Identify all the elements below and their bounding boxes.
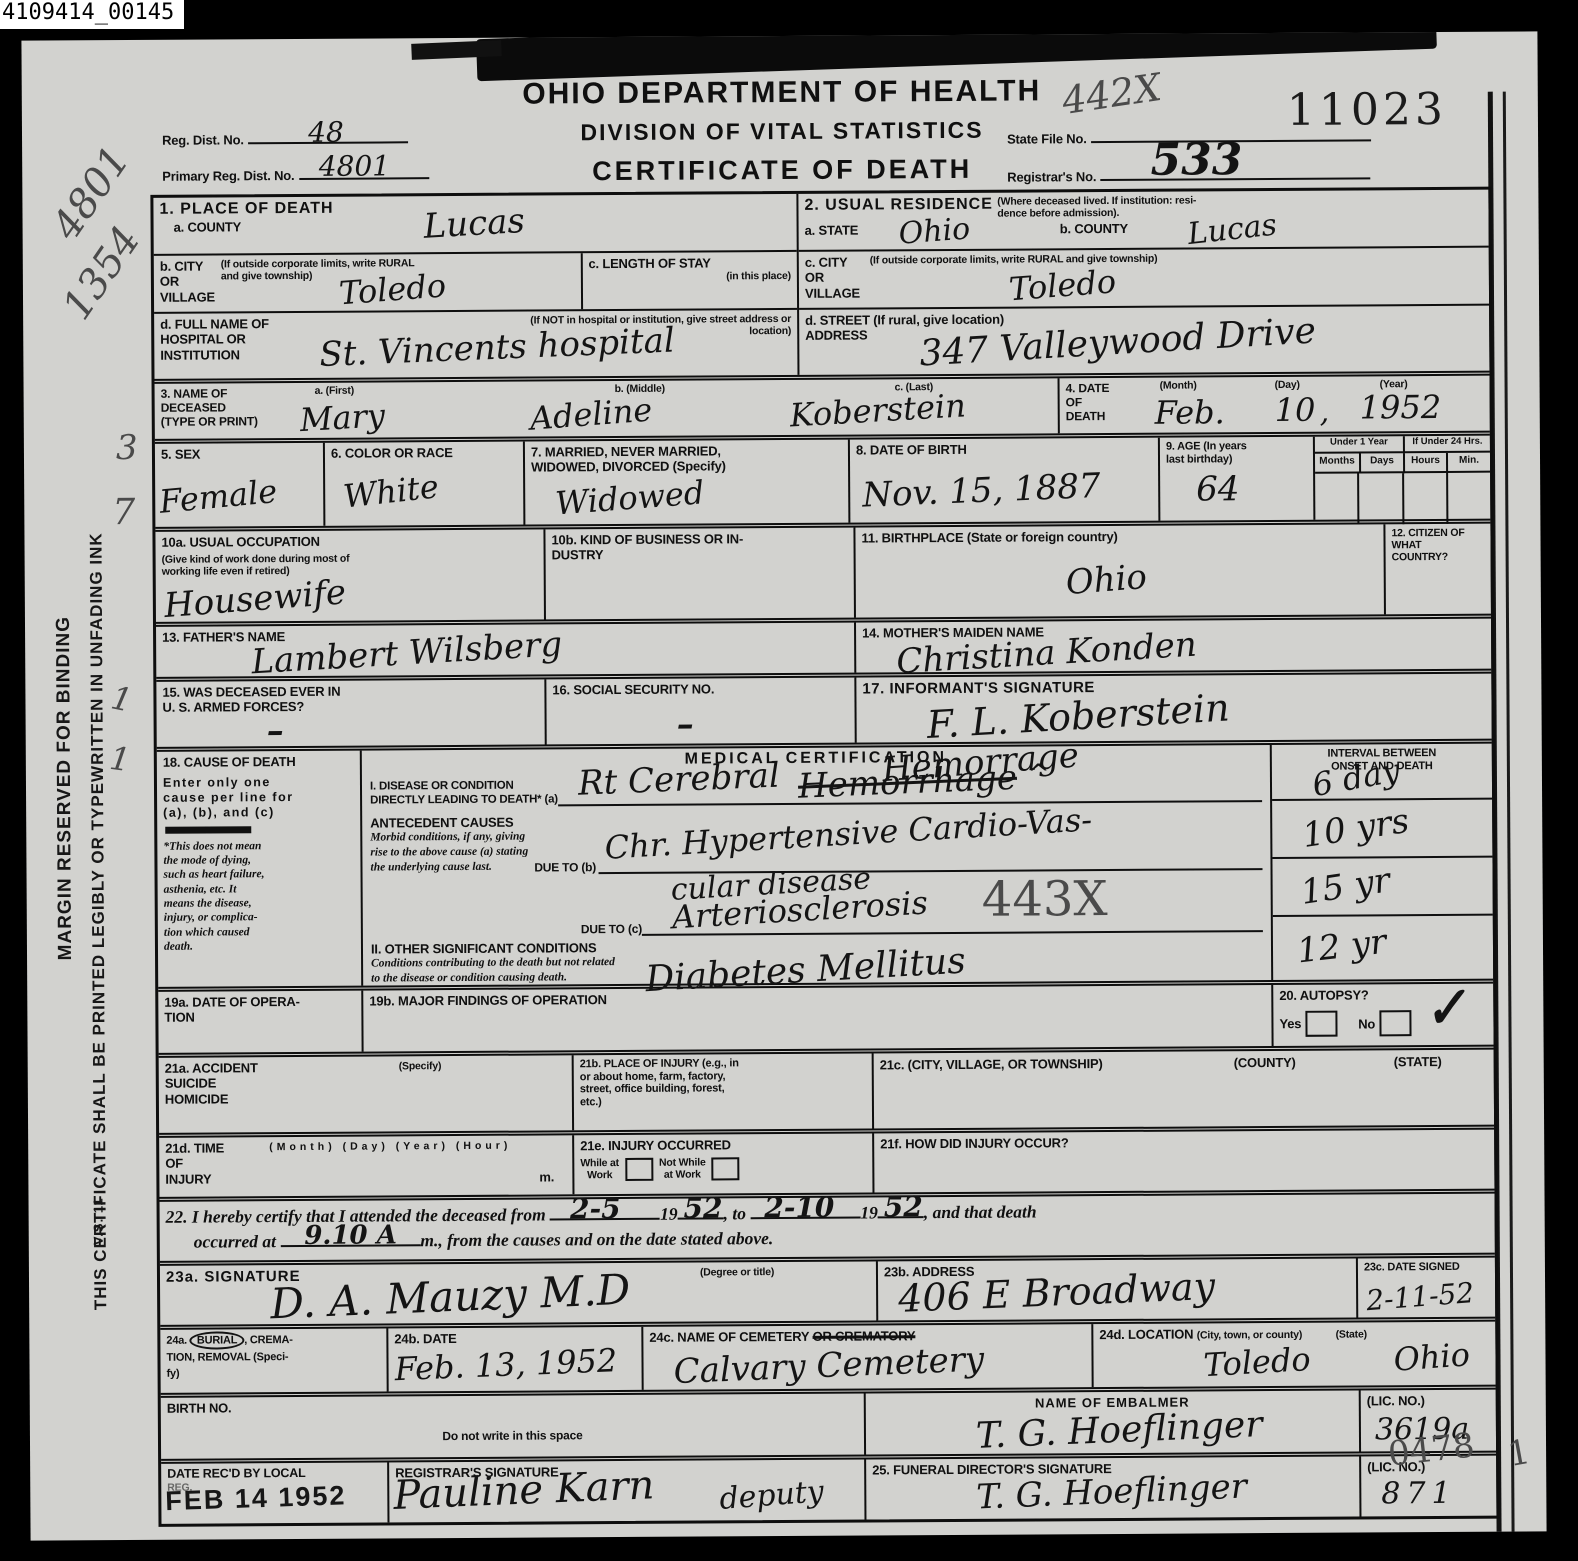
date-received-label: DATE REC'D BY LOCAL [167,1465,381,1481]
registrar-no-field: Registrar's No. 533 [1007,166,1427,187]
ssn-cell: 16. SOCIAL SECURITY NO. – [546,678,856,745]
physician-signature-value: D. A. Mauzy M.D [269,1265,631,1329]
marital-status-value: Widowed [554,473,706,522]
cause-a-value-pre: Rt Cerebral [577,755,780,803]
under-24-hrs-header: If Under 24 Hrs. [1403,436,1490,454]
burial-location-state-note: (State) [1336,1328,1367,1340]
birthplace-value: Ohio [1064,557,1148,603]
residence-city-value: Toledo [1008,262,1118,308]
interval-c-value: 15 yr [1298,861,1392,914]
length-of-stay-note: (in this place) [589,270,791,283]
embalmer-label: NAME OF EMBALMER [872,1394,1353,1412]
dept-title: OHIO DEPARTMENT OF HEALTH [442,74,1122,112]
margin-pencil-mark-4: 1 [107,739,132,779]
occupation-value: Housewife [163,572,348,626]
burial-city-value: Toledo [1203,1340,1312,1384]
received-date-stamp: FEB 14 1952 [165,1480,347,1517]
county-value: Lucas [422,201,525,247]
certify-time-value: 9.10 A [304,1220,397,1251]
burial-circled-word: BURIAL [190,1331,244,1349]
date-of-birth-value: Nov. 15, 1887 [861,466,1101,516]
autopsy-no-checkmark: ✓ [1419,975,1471,1042]
interval-d-value: 12 yr [1295,922,1388,972]
occupation-note: (Give kind of work done during most of w… [162,552,538,578]
burial-num: 24a. [166,1335,187,1347]
certify-to-year: 52 [884,1190,923,1223]
registrar-deputy-note: deputy [718,1474,825,1517]
certify-part4: occurred at [194,1231,276,1252]
under-1-year-header: Under 1 Year [1315,436,1403,454]
ssn-value: – [677,705,694,745]
time-of-injury-cols: (Month) (Day) (Year) (Hour) [269,1140,511,1154]
interval-b-value: 10 yrs [1300,801,1412,856]
death-day-label: (Day) [1275,379,1300,391]
length-of-stay-label: c. LENGTH OF STAY [588,255,790,272]
residence-county-value: Lucas [1186,208,1279,253]
date-of-operation-label: 19a. DATE OF OPERA- TION [164,994,355,1026]
city-of-death-label: b. CITY OR VILLAGE [160,258,215,304]
middle-name-value: Adeline [528,391,653,438]
degree-or-title-note: (Degree or title) [700,1266,774,1279]
section-place-of-death: 1. PLACE OF DEATH a. COUNTY Lucas b. CIT… [153,194,799,379]
armed-forces-label: 15. WAS DECEASED EVER IN U. S. ARMED FOR… [162,682,538,715]
birthplace-cell: 11. BIRTHPLACE (State or foreign country… [855,524,1386,617]
death-comma: , [1320,395,1330,430]
operation-findings-label: 19b. MAJOR FINDINGS OF OPERATION [369,988,1265,1009]
pencil-code-443x: 443X [982,871,1108,928]
funeral-director-lic-value: 871 [1381,1476,1456,1511]
usual-residence-note: (Where deceased lived. If institution: r… [997,194,1196,219]
date-of-death-cell: 4. DATE OF DEATH (Month) (Day) (Year) Fe… [1060,376,1490,434]
autopsy-cell: 20. AUTOPSY? Yes No ✓ [1273,984,1493,1046]
burial-rest1: , CREMA- [244,1334,293,1346]
injury-occurred-cell: 21e. INJURY OCCURRED While at Work Not W… [574,1133,874,1194]
father-name-cell: 13. FATHER'S NAME Lambert Wilsberg [156,623,856,677]
hours-col-header: Hours [1403,453,1446,473]
physician-signature-cell: 23a. SIGNATURE (Degree or title) D. A. M… [160,1261,878,1324]
how-injury-occurred-label: 21f. HOW DID INJURY OCCUR? [880,1133,1488,1152]
cause-note-two: *This does not mean the mode of dying, s… [163,838,355,954]
date-signed-label: 23c. DATE SIGNED [1364,1261,1489,1274]
hospital-cell: d. FULL NAME OF HOSPITAL OR INSTITUTION … [154,310,797,380]
reg-dist-field: Reg. Dist. No. 48 [162,130,442,150]
first-name-label: a. (First) [315,385,354,397]
injury-city-label: 21c. (CITY, VILLAGE, OR TOWNSHIP) [880,1056,1103,1072]
primary-reg-dist-label: Primary Reg. Dist. No. [162,168,294,184]
death-day-value: 10 [1275,391,1316,429]
date-of-birth-cell: 8. DATE OF BIRTH Nov. 15, 1887 [850,438,1161,523]
place-of-death-title: 1. PLACE OF DEATH [159,200,333,218]
race-value: White [341,467,440,515]
age-value: 64 [1196,469,1240,509]
margin-pencil-mark-3: 1 [108,678,136,719]
do-not-write-note: Do not write in this space [167,1428,858,1446]
accident-suicide-homicide-label: 21a. ACCIDENT SUICIDE HOMICIDE [165,1058,566,1106]
place-of-injury-label: 21b. PLACE OF INJURY (e.g., in or about … [580,1057,866,1109]
city-of-death-value: Toledo [338,266,448,312]
armed-forces-value: – [267,711,284,751]
race-label: 6. COLOR OR RACE [331,445,517,461]
citizen-label: 12. CITIZEN OF WHAT COUNTRY? [1391,527,1484,564]
residence-state-label: a. STATE [805,223,859,250]
reg-dist-value: 48 [308,116,344,149]
registrar-signature-value: Pauline Karn [392,1462,655,1519]
certify-y1pre: 19 [660,1204,678,1224]
cemetery-struck-label: OR CREMATORY [813,1328,916,1344]
ssn-label: 16. SOCIAL SECURITY NO. [552,681,848,698]
first-name-value: Mary [299,396,386,439]
marital-status-cell: 7. MARRIED, NEVER MARRIED, WIDOWED, DIVO… [525,440,851,525]
place-of-death-county-cell: 1. PLACE OF DEATH a. COUNTY Lucas [153,194,796,254]
burial-date-value: Feb. 13, 1952 [394,1341,618,1388]
primary-reg-dist-field: Primary Reg. Dist. No. 4801 [162,166,482,186]
hospital-label: d. FULL NAME OF HOSPITAL OR INSTITUTION [160,316,269,363]
burial-location-label: 24d. LOCATION [1099,1327,1193,1343]
registrar-no-label: Registrar's No. [1007,169,1096,185]
burial-location-cell: 24d. LOCATION (City, town, or county) (S… [1093,1322,1495,1387]
interval-cell: INTERVAL BETWEEN ONSET AND DEATH 6 day 1… [1272,744,1493,980]
autopsy-yes-checkbox [1306,1011,1338,1037]
injury-county-label: (COUNTY) [1234,1055,1296,1071]
margin-pencil-mark-2: 7 [112,492,135,533]
birth-no-label: BIRTH NO. [167,1397,858,1417]
cemetery-label: 24c. NAME OF CEMETERY [649,1329,809,1345]
medical-certification-cell: MEDICAL CERTIFICATION Hemorrage I. DISEA… [362,745,1273,986]
citizen-cell: 12. CITIZEN OF WHAT COUNTRY? [1385,524,1491,615]
burial-state-value: Ohio [1392,1335,1471,1379]
injury-state-label: (STATE) [1394,1054,1442,1070]
due-to-c-label: DUE TO (c) [581,922,642,937]
how-injury-occurred-cell: 21f. HOW DID INJURY OCCUR? [874,1130,1494,1193]
birthplace-label: 11. BIRTHPLACE (State or foreign country… [861,527,1377,545]
margin-form-number: V.S. 11 [90,1135,106,1245]
death-year-value: 1952 [1360,388,1442,426]
scan-ink-band [476,31,1437,81]
certificate-paper: MARGIN RESERVED FOR BINDING THIS CERTIFI… [21,31,1546,1540]
certify-from-date: 2-5 [570,1192,621,1225]
burial-date-cell: 24b. DATE Feb. 13, 1952 [388,1327,643,1392]
business-kind-label: 10b. KIND OF BUSINESS OR IN- DUSTRY [551,531,847,563]
place-of-injury-cell: 21b. PLACE OF INJURY (e.g., in or about … [574,1053,874,1130]
certificate-form: 1. PLACE OF DEATH a. COUNTY Lucas b. CIT… [150,187,1499,1527]
armed-forces-cell: 15. WAS DECEASED EVER IN U. S. ARMED FOR… [156,679,546,746]
race-cell: 6. COLOR OR RACE White [325,442,526,526]
margin-pencil-mark-1: 3 [116,428,138,468]
cause-of-death-title: 18. CAUSE OF DEATH [163,754,354,770]
death-month-label: (Month) [1160,379,1197,391]
city-of-death-cell: b. CITY OR VILLAGE (If outside corporate… [154,253,583,312]
certify-y2pre: 19 [860,1202,878,1222]
operation-findings-cell: 19b. MAJOR FINDINGS OF OPERATION [363,985,1273,1052]
business-kind-cell: 10b. KIND OF BUSINESS OR IN- DUSTRY [545,528,856,620]
other-significant-note: Conditions contributing to the death but… [371,955,615,993]
section-usual-residence: 2. USUAL RESIDENCE (Where deceased lived… [798,190,1489,375]
cause-note-rule [165,826,251,834]
marital-status-label: 7. MARRIED, NEVER MARRIED, WIDOWED, DIVO… [531,443,842,476]
length-of-stay-cell: c. LENGTH OF STAY (in this place) [582,252,797,309]
residence-state-value: Ohio [897,212,971,252]
embalmer-signature: T. G. Hoeflinger [975,1404,1263,1457]
scanned-death-certificate: { "colors":{"paper":"#d2d2cf","ink":"#12… [0,0,1578,1561]
date-of-operation-cell: 19a. DATE OF OPERA- TION [158,991,363,1053]
residence-city-cell: c. CITY OR VILLAGE (If outside corporate… [799,248,1489,308]
cemetery-cell: 24c. NAME OF CEMETERY OR CREMATORY Calva… [643,1324,1093,1390]
accident-suicide-homicide-cell: 21a. ACCIDENT SUICIDE HOMICIDE (Specify) [159,1055,574,1133]
embalmer-cell: NAME OF EMBALMER T. G. Hoeflinger [866,1390,1361,1454]
age-under-one-grid: Under 1 Year If Under 24 Hrs. Months Day… [1315,436,1491,520]
funeral-director-cell: 25. FUNERAL DIRECTOR'S SIGNATURE T. G. H… [866,1456,1361,1519]
age-label: 9. AGE (In years last birthday) [1166,440,1307,466]
residence-city-label: c. CITY OR VILLAGE [805,255,860,301]
autopsy-no-label: No [1358,1016,1375,1031]
months-col-header: Months [1315,453,1359,473]
state-file-label: State File No. [1007,131,1087,146]
residence-street-cell: d. STREET (If rural, give location) ADDR… [799,306,1489,376]
autopsy-no-checkbox [1380,1010,1412,1036]
mother-name-cell: 14. MOTHER'S MAIDEN NAME Christina Konde… [856,619,1491,673]
date-signed-value: 2-11-52 [1365,1276,1475,1317]
margin-binding-text: MARGIN RESERVED FOR BINDING [52,400,77,960]
birth-no-cell: BIRTH NO. Do not write in this space [161,1394,866,1459]
not-while-at-work-label: Not While at Work [659,1157,706,1181]
registrar-no-value: 533 [1150,134,1242,186]
while-at-work-label: While at Work [580,1157,619,1181]
certify-part5: m., from the causes and on the date stat… [420,1228,773,1250]
not-while-at-work-checkbox [712,1157,740,1180]
certify-part2: , to [724,1203,746,1223]
date-received-cell: DATE REC'D BY LOCAL REG. FEB 14 1952 [161,1462,389,1523]
death-month-value: Feb. [1155,393,1225,431]
due-to-b-value-line1: Chr. Hypertensive Cardio-Vas- [603,800,1092,866]
age-cell: 9. AGE (In years last birthday) 64 [1160,437,1316,521]
certify-statement-cell: 22. I hereby certify that I attended the… [160,1194,1495,1261]
cause-a-caret: ^ [1028,759,1050,789]
sex-label: 5. SEX [161,446,317,462]
occupation-cell: 10a. USUAL OCCUPATION (Give kind of work… [155,529,546,621]
name-of-deceased-cell: 3. NAME OF DECEASED (TYPE OR PRINT) a. (… [155,378,1060,439]
time-of-injury-m: m. [539,1169,554,1184]
morbid-note: Morbid conditions, if any, giving rise t… [370,830,528,876]
days-col-header: Days [1359,453,1403,473]
cause-note-one: Enter only one cause per line for (a), (… [163,775,354,820]
certify-from-year: 52 [683,1191,722,1224]
autopsy-yes-label: Yes [1279,1016,1301,1031]
reg-dist-label: Reg. Dist. No. [162,132,244,147]
cemetery-value: Calvary Cemetery [673,1339,985,1392]
injury-occurred-label: 21e. INJURY OCCURRED [580,1137,866,1154]
burial-rest2: TION, REMOVAL (Speci- [166,1348,380,1366]
specify-note: (Specify) [399,1060,442,1072]
burial-rest3: fy) [167,1364,381,1382]
certify-part3: , and that death [924,1201,1037,1222]
burial-cremation-cell: 24a. BURIAL, CREMA- TION, REMOVAL (Speci… [160,1328,388,1392]
min-col-header: Min. [1446,453,1490,473]
registrar-signature-cell: REGISTRAR'S SIGNATURE Pauline Karn deput… [389,1460,866,1523]
scan-id-label: 4109414_00145 [0,0,184,29]
date-of-birth-label: 8. DATE OF BIRTH [856,441,1152,458]
occupation-label: 10a. USUAL OCCUPATION [161,533,537,551]
physician-address-cell: 23b. ADDRESS 406 E Broadway [878,1259,1358,1321]
sex-cell: 5. SEX Female [155,443,326,527]
burial-location-note: (City, town, or county) [1197,1329,1303,1342]
time-of-injury-cell: 21d. TIME OF INJURY (Month) (Day) (Year)… [159,1135,574,1197]
injury-city-county-state-cell: 21c. (CITY, VILLAGE, OR TOWNSHIP) (COUNT… [874,1050,1494,1129]
cause-a-value-struck: Hemorrhage [797,758,1018,807]
informant-cell: 17. INFORMANT'S SIGNATURE F. L. Koberste… [856,674,1491,743]
date-signed-cell: 23c. DATE SIGNED 2-11-52 [1358,1258,1495,1318]
residence-county-label: b. COUNTY [1060,221,1128,248]
residence-state-county-cell: 2. USUAL RESIDENCE (Where deceased lived… [798,190,1488,250]
due-to-b-label: DUE TO (b) [534,860,596,875]
while-at-work-checkbox [625,1158,653,1181]
sex-value: Female [158,472,279,521]
cause-of-death-side-cell: 18. CAUSE OF DEATH Enter only one cause … [157,751,363,987]
cause-a-label: I. DISEASE OR CONDITION DIRECTLY LEADING… [370,780,558,808]
certify-to-date: 2-10 [764,1191,834,1224]
embalmer-lic-label: (LIC. NO.) [1367,1393,1490,1409]
primary-reg-dist-value: 4801 [319,149,390,182]
